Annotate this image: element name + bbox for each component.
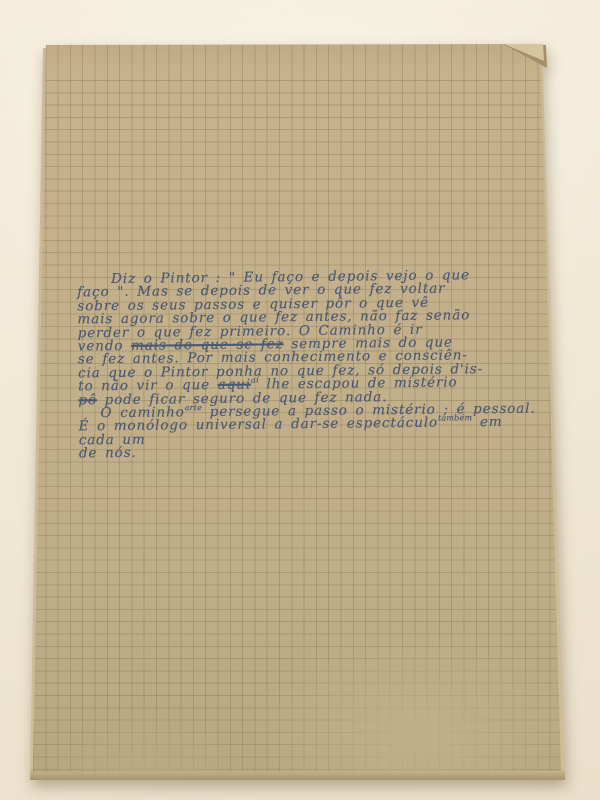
paper-stack: Diz o Pintor : " Eu faço e depois vejo o… — [0, 0, 600, 800]
manuscript-page: Diz o Pintor : " Eu faço e depois vejo o… — [0, 0, 600, 800]
photo-of-manuscript: Diz o Pintor : " Eu faço e depois vejo o… — [0, 0, 600, 800]
lighting-overlay — [0, 0, 600, 800]
